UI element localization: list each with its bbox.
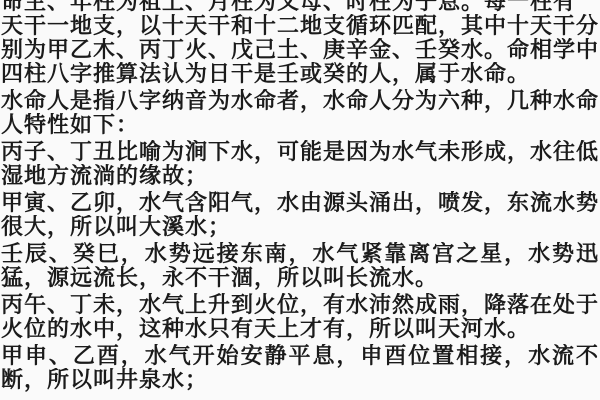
text-line: 甲申、乙酉，水气开始安静平息，申酉位置相接，水流不 — [1, 344, 598, 368]
text-line: 断，所以叫井泉水； — [1, 368, 598, 392]
text-line: 壬辰、癸巳，水势远接东南，水气紧靠离宫之星，水势迅 — [1, 242, 598, 266]
text-line: 水命人是指八字纳音为水命者，水命人分为六种，几种水命 — [1, 89, 598, 113]
text-line: 火位的水中，这种水只有天上才有，所以叫天河水。 — [1, 317, 598, 341]
text-line: 天干一地支，以十天干和十二地支循环匹配，其中十天干分 — [1, 14, 598, 38]
text-line: 别为甲乙木、丙丁火、戊己土、庚辛金、壬癸水。命相学中 — [1, 38, 598, 62]
text-line: 丙午、丁未，水气上升到火位，有水沛然成雨，降落在处于 — [1, 293, 598, 317]
paragraph-daxishui: 甲寅、乙卯，水气含阳气，水由源头涌出，喷发，东流水势 很大，所以叫大溪水； — [1, 191, 598, 239]
paragraph-tianheshui: 丙午、丁未，水气上升到火位，有水沛然成雨，降落在处于 火位的水中，这种水只有天上… — [1, 293, 598, 341]
paragraph-shuiming-definition: 水命人是指八字纳音为水命者，水命人分为六种，几种水命 人特性如下： — [1, 89, 598, 137]
paragraph-changliushui: 壬辰、癸巳，水势远接东南，水气紧靠离宫之星，水势迅 猛，源远流长，永不干涸，所以… — [1, 242, 598, 290]
text-line: 丙子、丁丑比喻为涧下水，可能是因为水气未形成，水往低 — [1, 140, 598, 164]
document-page: 命主、年柱为祖上、月柱为父母、时柱为子息。每一柱有 天干一地支，以十天干和十二地… — [0, 0, 600, 390]
paragraph-jianxiashui: 丙子、丁丑比喻为涧下水，可能是因为水气未形成，水往低 湿地方流淌的缘故； — [1, 140, 598, 188]
paragraph-jingquanshui: 甲申、乙酉，水气开始安静平息，申酉位置相接，水流不 断，所以叫井泉水； — [1, 344, 598, 392]
text-line: 甲寅、乙卯，水气含阳气，水由源头涌出，喷发，东流水势 — [1, 191, 598, 215]
text-line: 很大，所以叫大溪水； — [1, 215, 598, 239]
text-line: 命主、年柱为祖上、月柱为父母、时柱为子息。每一柱有 — [1, 0, 598, 14]
text-line: 四柱八字推算法认为日干是壬或癸的人，属于水命。 — [1, 62, 598, 86]
text-line: 人特性如下： — [1, 113, 598, 137]
paragraph-bazi-intro: 命主、年柱为祖上、月柱为父母、时柱为子息。每一柱有 天干一地支，以十天干和十二地… — [1, 0, 598, 86]
text-line: 湿地方流淌的缘故； — [1, 164, 598, 188]
text-line: 猛，源远流长，永不干涸，所以叫长流水。 — [1, 266, 598, 290]
